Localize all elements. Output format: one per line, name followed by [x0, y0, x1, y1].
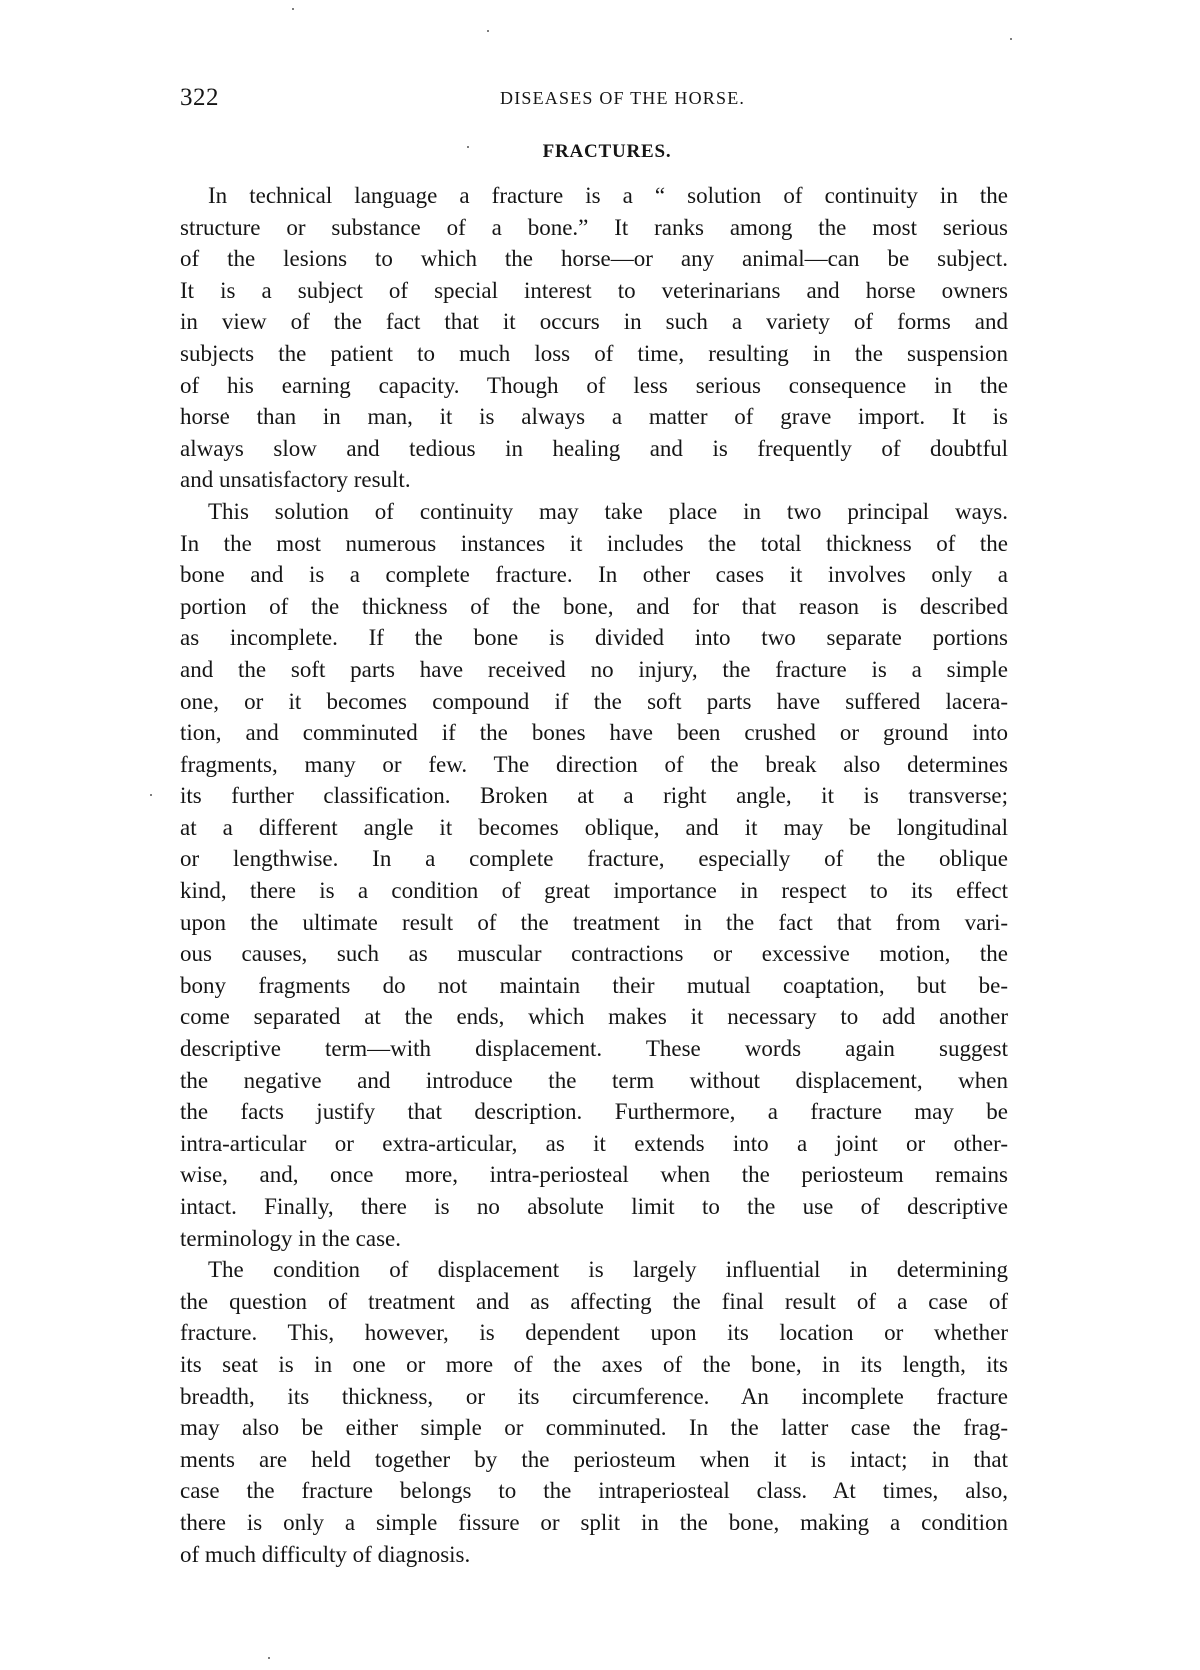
text-line: come separated at the ends, which makes …: [180, 1001, 1008, 1033]
running-head: 322 DISEASES OF THE HORSE.: [180, 84, 1008, 118]
text-line: and unsatisfactory result.: [180, 464, 1008, 496]
text-line: of the lesions to which the horse—or any…: [180, 243, 1008, 275]
text-line: horse than in man, it is always a matter…: [180, 401, 1008, 433]
text-line: the question of treatment and as affecti…: [180, 1286, 1008, 1318]
paragraph-1: In technical language a fracture is a “ …: [180, 180, 1008, 496]
text-line: breadth, its thickness, or its circumfer…: [180, 1381, 1008, 1413]
text-line: fragments, many or few. The direction of…: [180, 749, 1008, 781]
text-line: ous causes, such as muscular contraction…: [180, 938, 1008, 970]
text-line: wise, and, once more, intra-periosteal w…: [180, 1159, 1008, 1191]
scan-speck: [1010, 38, 1012, 40]
body-text: In technical language a fracture is a “ …: [180, 180, 1008, 1570]
text-line: of much difficulty of diagnosis.: [180, 1539, 1008, 1571]
text-line: the negative and introduce the term with…: [180, 1065, 1008, 1097]
text-line: its further classification. Broken at a …: [180, 780, 1008, 812]
text-line: kind, there is a condition of great impo…: [180, 875, 1008, 907]
scan-speck: [268, 1657, 270, 1659]
paragraph-3: The condition of displacement is largely…: [180, 1254, 1008, 1570]
text-line: intra-articular or extra-articular, as i…: [180, 1128, 1008, 1160]
scan-speck: [150, 794, 152, 796]
text-line: at a different angle it becomes oblique,…: [180, 812, 1008, 844]
text-line: case the fracture belongs to the intrape…: [180, 1475, 1008, 1507]
text-line: subjects the patient to much loss of tim…: [180, 338, 1008, 370]
book-page: 322 DISEASES OF THE HORSE. FRACTURES. In…: [0, 0, 1200, 1670]
text-line: upon the ultimate result of the treatmen…: [180, 907, 1008, 939]
text-line: or lengthwise. In a complete fracture, e…: [180, 843, 1008, 875]
text-line: It is a subject of special interest to v…: [180, 275, 1008, 307]
text-line: In technical language a fracture is a “ …: [180, 180, 1008, 212]
text-line: portion of the thickness of the bone, an…: [180, 591, 1008, 623]
text-line: tion, and comminuted if the bones have b…: [180, 717, 1008, 749]
section-title: FRACTURES.: [0, 141, 1200, 163]
text-line: as incomplete. If the bone is divided in…: [180, 622, 1008, 654]
text-line: and the soft parts have received no inju…: [180, 654, 1008, 686]
text-line: fracture. This, however, is dependent up…: [180, 1317, 1008, 1349]
text-line: there is only a simple fissure or split …: [180, 1507, 1008, 1539]
text-line: one, or it becomes compound if the soft …: [180, 686, 1008, 718]
running-title: DISEASES OF THE HORSE.: [500, 88, 745, 109]
text-line: ments are held together by the periosteu…: [180, 1444, 1008, 1476]
page-number: 322: [180, 84, 219, 112]
text-line: its seat is in one or more of the axes o…: [180, 1349, 1008, 1381]
paragraph-2: This solution of continuity may take pla…: [180, 496, 1008, 1254]
text-line: bone and is a complete fracture. In othe…: [180, 559, 1008, 591]
text-line: descriptive term—with displacement. Thes…: [180, 1033, 1008, 1065]
scan-speck: [292, 8, 294, 10]
text-line: always slow and tedious in healing and i…: [180, 433, 1008, 465]
text-line: bony fragments do not maintain their mut…: [180, 970, 1008, 1002]
text-line: structure or substance of a bone.” It ra…: [180, 212, 1008, 244]
text-line: terminology in the case.: [180, 1223, 1008, 1255]
text-line: the facts justify that description. Furt…: [180, 1096, 1008, 1128]
text-line: of his earning capacity. Though of less …: [180, 370, 1008, 402]
scan-speck: [487, 30, 489, 32]
text-line: may also be either simple or comminuted.…: [180, 1412, 1008, 1444]
text-line: This solution of continuity may take pla…: [180, 496, 1008, 528]
text-line: In the most numerous instances it includ…: [180, 528, 1008, 560]
text-line: intact. Finally, there is no absolute li…: [180, 1191, 1008, 1223]
text-line: in view of the fact that it occurs in su…: [180, 306, 1008, 338]
text-line: The condition of displacement is largely…: [180, 1254, 1008, 1286]
scan-speck: [225, 412, 227, 414]
scan-speck: [467, 146, 469, 148]
